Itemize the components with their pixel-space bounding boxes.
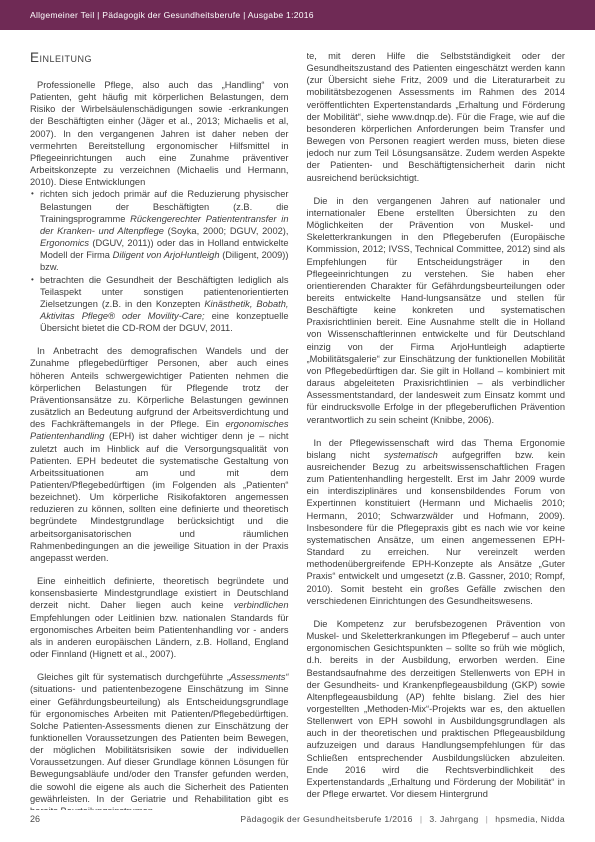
page-header-bar: Allgemeiner Teil | Pädagogik der Gesundh…: [0, 0, 595, 30]
footer-segment: 3. Jahrgang: [429, 814, 478, 824]
paragraph: In Anbetracht des demografischen Wandels…: [30, 345, 289, 564]
paragraph: Eine einheitlich definierte, theoretisch…: [30, 575, 289, 660]
text-run: Die Kompetenz zur berufsbezogenen Präven…: [307, 619, 566, 799]
footer-separator: |: [479, 814, 496, 824]
bullet-list: •richten sich jedoch primär auf die Redu…: [30, 188, 289, 334]
paragraph: In der Pflegewissenschaft wird das Thema…: [307, 437, 566, 607]
paragraph: Gleiches gilt für systematisch durchgefü…: [30, 671, 289, 810]
footer-info: Pädagogik der Gesundheitsberufe 1/2016|3…: [240, 814, 565, 824]
bullet-icon: •: [31, 274, 34, 286]
text-run: te, mit deren Hilfe die Selbstständigkei…: [307, 51, 566, 183]
paragraph: Die Kompetenz zur berufsbezogenen Präven…: [307, 618, 566, 800]
bullet-icon: •: [31, 188, 34, 200]
section-heading: Einleitung: [30, 50, 289, 65]
text-run: (Soyka, 2000; DGUV, 2002),: [164, 226, 289, 236]
document-page: Allgemeiner Teil | Pädagogik der Gesundh…: [0, 0, 595, 842]
text-run: Die in den vergangenen Jahren auf nation…: [307, 196, 566, 425]
text-run: In Anbetracht des demografischen Wandels…: [30, 346, 289, 429]
text-run: Empfehlungen oder Leitlinien bzw. nation…: [30, 613, 289, 659]
article-body: Einleitung Professionelle Pflege, also a…: [30, 50, 565, 810]
footer-segment: hpsmedia, Nidda: [495, 814, 565, 824]
paragraph: Die in den vergangenen Jahren auf nation…: [307, 195, 566, 426]
text-run: aufgegriffen bzw. kein ausreichender Bez…: [307, 450, 566, 606]
column-right: te, mit deren Hilfe die Selbstständigkei…: [307, 50, 566, 810]
paragraph: Professionelle Pflege, also auch das „Ha…: [30, 79, 289, 188]
italic-text-run: verbindlichen: [234, 600, 289, 610]
text-run: Professionelle Pflege, also auch das „Ha…: [30, 80, 289, 187]
page-footer: 26 Pädagogik der Gesundheitsberufe 1/201…: [30, 814, 565, 824]
footer-segment: Pädagogik der Gesundheitsberufe 1/2016: [240, 814, 412, 824]
italic-text-run: Assessments“: [230, 672, 288, 682]
header-text: Allgemeiner Teil | Pädagogik der Gesundh…: [30, 10, 314, 20]
bullet-item: •richten sich jedoch primär auf die Redu…: [30, 188, 289, 273]
italic-text-run: Ergonomics: [40, 238, 89, 248]
bullet-item: •betrachten die Gesundheit der Beschäfti…: [30, 274, 289, 335]
paragraph: te, mit deren Hilfe die Selbstständigkei…: [307, 50, 566, 184]
column-left: Einleitung Professionelle Pflege, also a…: [30, 50, 289, 810]
text-run: (situations- und patientenbezogene Einsc…: [30, 684, 289, 810]
footer-separator: |: [413, 814, 430, 824]
italic-text-run: Diligent von ArjoHuntleigh: [113, 250, 220, 260]
text-run: Gleiches gilt für systematisch durchgefü…: [37, 672, 230, 682]
text-run: (EPH) ist daher wichtiger denn je – nich…: [30, 431, 289, 563]
page-number: 26: [30, 814, 40, 824]
italic-text-run: systematisch: [384, 450, 438, 460]
